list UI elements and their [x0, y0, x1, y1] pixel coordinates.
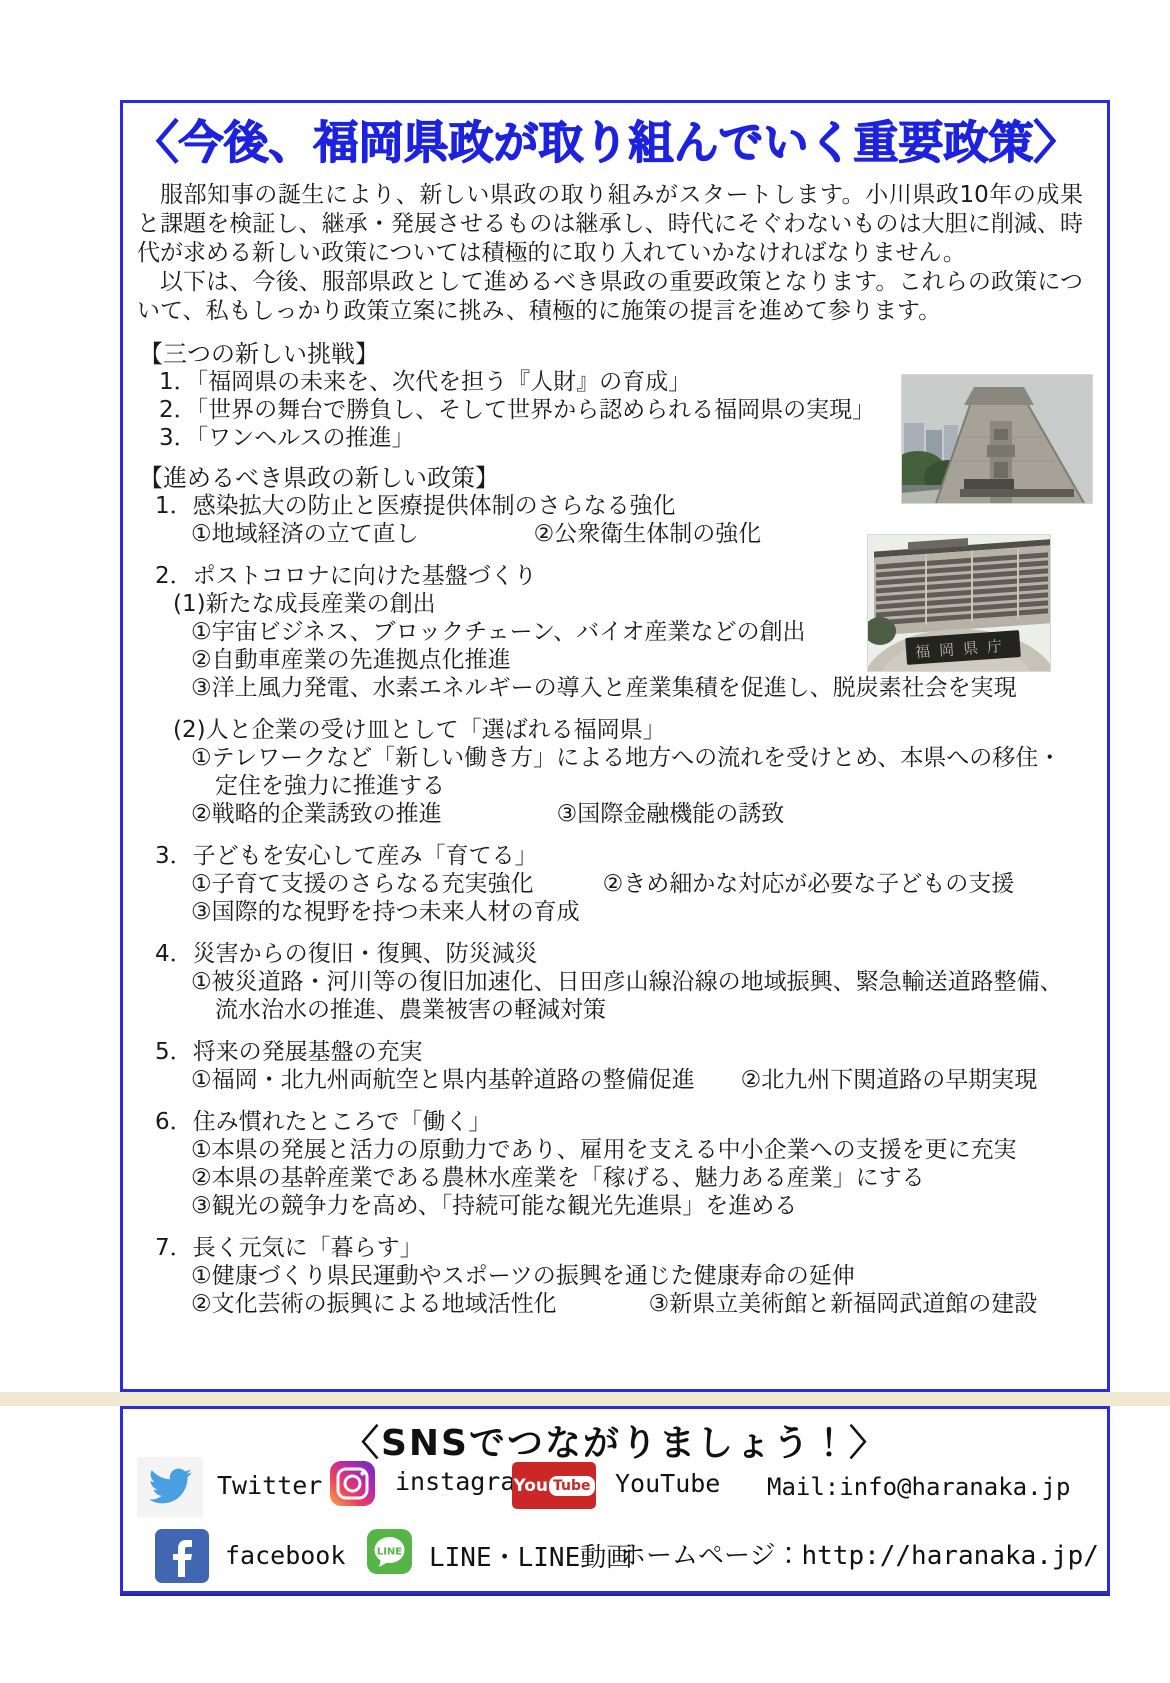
line-label: LINE・LINE動画	[429, 1537, 632, 1574]
instagram-label: instagram	[395, 1467, 530, 1496]
line-icon-text: LINE	[377, 1547, 402, 1558]
page-title: 〈今後、福岡県政が取り組んでいく重要政策〉	[127, 117, 1085, 169]
youtube-logo-you: You	[513, 1476, 548, 1496]
youtube-icon: You Tube	[512, 1462, 596, 1509]
sns-box: 〈SNSでつながりましょう！〉 Twitter instagram	[120, 1406, 1110, 1594]
policy-line: ③洋上風力発電、水素エネルギーの導入と産業集積を促進し、脱炭素社会を実現	[123, 674, 1089, 702]
youtube-label: YouTube	[615, 1469, 720, 1498]
policy-line: ③観光の競争力を高め、「持続可能な観光先進県」を進める	[123, 1192, 1089, 1220]
policy-line: 6．住み慣れたところで「働く」	[123, 1108, 1089, 1136]
page-gap-strip	[0, 1392, 1170, 1406]
policy-line: 4．災害からの復旧・復興、防災減災	[123, 940, 1089, 968]
policy-line: ①被災道路・河川等の復旧加速化、日田彦山線沿線の地域振興、緊急輸送道路整備、	[123, 968, 1089, 996]
policy-line: ①テレワークなど「新しい働き方」による地方への流れを受けとめ、本県への移住・	[123, 744, 1089, 772]
policy-line: ②戦略的企業誘致の推進 ③国際金融機能の誘致	[123, 800, 1089, 828]
policy-line: 流水治水の推進、農業被害の軽減対策	[123, 996, 1089, 1024]
flyer-page: 〈今後、福岡県政が取り組んでいく重要政策〉 服部知事の誕生により、新しい県政の取…	[0, 0, 1170, 1683]
policy-line: ①福岡・北九州両航空と県内基幹道路の整備促進 ②北九州下関道路の早期実現	[123, 1066, 1089, 1094]
intro-paragraph-2: 以下は、今後、服部県政として進めるべき県政の重要政策となります。これらの政策につ…	[137, 268, 1083, 326]
challenges-heading: 【三つの新しい挑戦】	[123, 340, 1089, 368]
policy-line: ①健康づくり県民運動やスポーツの振興を通じた健康寿命の延伸	[123, 1262, 1089, 1290]
policy-line: ①本県の発展と活力の原動力であり、雇用を支える中小企業への支援を更に充実	[123, 1136, 1089, 1164]
policy-line: 定住を強力に推進する	[123, 772, 1089, 800]
line-icon: LINE	[367, 1529, 412, 1574]
sns-heading: 〈SNSでつながりましょう！〉	[123, 1415, 1107, 1466]
facebook-icon	[155, 1529, 209, 1583]
youtube-logo-tube: Tube	[549, 1476, 595, 1496]
policy-line: 7．長く元気に「暮らす」	[123, 1234, 1089, 1262]
policy-line: ②本県の基幹産業である農林水産業を「稼げる、魅力ある産業」にする	[123, 1164, 1089, 1192]
twitter-icon	[137, 1457, 203, 1517]
policy-line: 3．子どもを安心して産み「育てる」	[123, 842, 1089, 870]
policy-line: 5．将来の発展基盤の充実	[123, 1038, 1089, 1066]
policy-line: ③国際的な視野を持つ未来人材の育成	[123, 898, 1089, 926]
policy-line: ②文化芸術の振興による地域活性化 ③新県立美術館と新福岡武道館の建設	[123, 1290, 1089, 1318]
homepage-url: ホームページ：http://haranaka.jp/	[620, 1535, 1099, 1572]
policy-line: ①子育て支援のさらなる充実強化 ②きめ細かな対応が必要な子どもの支援	[123, 870, 1089, 898]
facebook-label: facebook	[225, 1541, 345, 1570]
photo-pyramid-building	[902, 375, 1092, 503]
intro-paragraph-1: 服部知事の誕生により、新しい県政の取り組みがスタートします。小川県政10年の成果…	[137, 181, 1083, 268]
policy-line: (2)人と企業の受け皿として「選ばれる福岡県」	[123, 716, 1089, 744]
mail-address: Mail:info@haranaka.jp	[767, 1473, 1070, 1501]
photo-prefectural-office: 福岡県庁	[868, 535, 1050, 671]
instagram-icon	[330, 1461, 375, 1506]
policy-box: 〈今後、福岡県政が取り組んでいく重要政策〉 服部知事の誕生により、新しい県政の取…	[120, 100, 1110, 1392]
twitter-label: Twitter	[217, 1471, 322, 1500]
